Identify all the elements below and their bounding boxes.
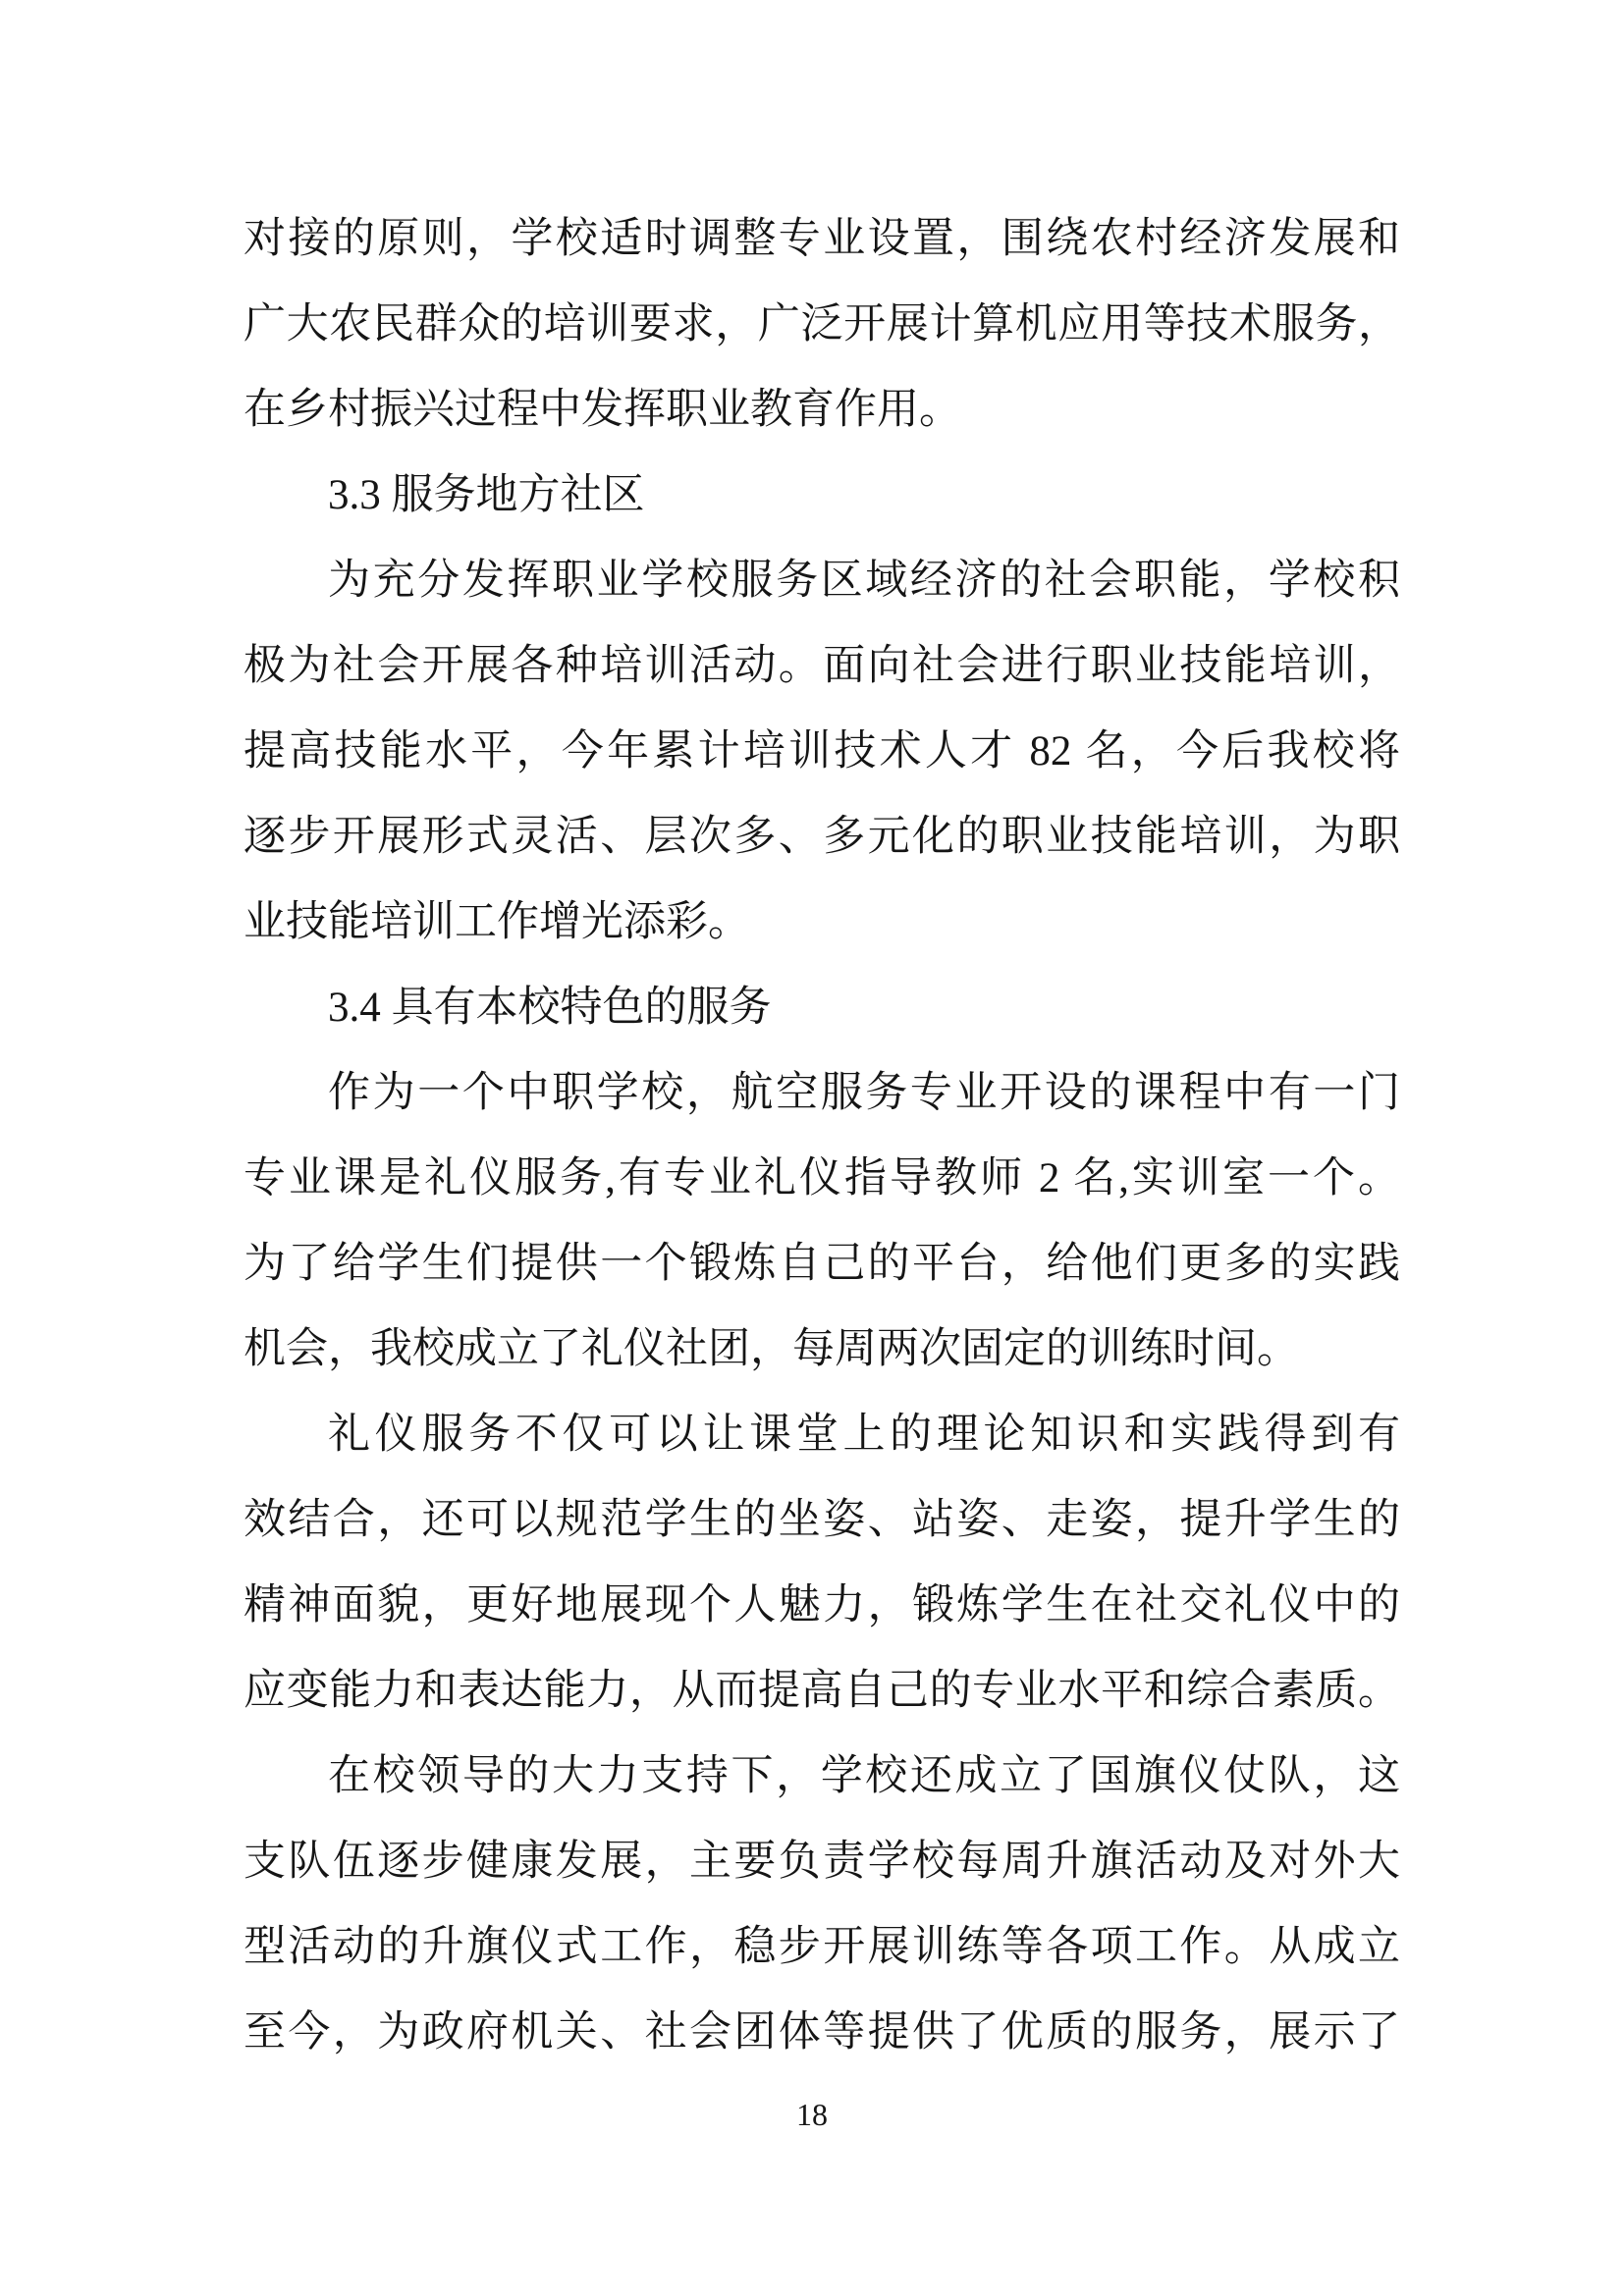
text-line: 业技能培训工作增光添彩。 — [244, 880, 1400, 965]
text-line: 逐步开展形式灵活、层次多、多元化的职业技能培训，为职 — [244, 794, 1400, 880]
text-line: 精神面貌，更好地展现个人魅力，锻炼学生在社交礼仪中的 — [244, 1563, 1400, 1648]
text-line: 应变能力和表达能力，从而提高自己的专业水平和综合素质。 — [244, 1648, 1400, 1734]
text-line: 至今，为政府机关、社会团体等提供了优质的服务，展示了 — [244, 1990, 1400, 2075]
text-line: 支队伍逐步健康发展，主要负责学校每周升旗活动及对外大 — [244, 1819, 1400, 1904]
page-number: 18 — [0, 2099, 1624, 2130]
section-heading: 3.3 服务地方社区 — [244, 453, 1400, 538]
text-line: 礼仪服务不仅可以让课堂上的理论知识和实践得到有 — [244, 1392, 1400, 1477]
text-line: 专业课是礼仪服务,有专业礼仪指导教师 2 名,实训室一个。 — [244, 1136, 1400, 1221]
text-line: 为充分发挥职业学校服务区域经济的社会职能，学校积 — [244, 538, 1400, 623]
section-heading: 3.4 具有本校特色的服务 — [244, 965, 1400, 1050]
text-line: 极为社会开展各种培训活动。面向社会进行职业技能培训， — [244, 623, 1400, 709]
text-line: 型活动的升旗仪式工作，稳步开展训练等各项工作。从成立 — [244, 1904, 1400, 1990]
document-page: 对接的原则，学校适时调整专业设置，围绕农村经济发展和广大农民群众的培训要求，广泛… — [0, 0, 1624, 2296]
text-line: 广大农民群众的培训要求，广泛开展计算机应用等技术服务， — [244, 282, 1400, 367]
text-line: 作为一个中职学校，航空服务专业开设的课程中有一门 — [244, 1050, 1400, 1136]
text-line: 对接的原则，学校适时调整专业设置，围绕农村经济发展和 — [244, 196, 1400, 282]
text-line: 为了给学生们提供一个锻炼自己的平台，给他们更多的实践 — [244, 1221, 1400, 1307]
text-line: 机会，我校成立了礼仪社团，每周两次固定的训练时间。 — [244, 1307, 1400, 1392]
text-line: 在乡村振兴过程中发挥职业教育作用。 — [244, 367, 1400, 453]
document-body: 对接的原则，学校适时调整专业设置，围绕农村经济发展和广大农民群众的培训要求，广泛… — [244, 196, 1400, 2075]
text-line: 在校领导的大力支持下，学校还成立了国旗仪仗队，这 — [244, 1734, 1400, 1819]
text-line: 提高技能水平，今年累计培训技术人才 82 名，今后我校将 — [244, 709, 1400, 794]
text-line: 效结合，还可以规范学生的坐姿、站姿、走姿，提升学生的 — [244, 1477, 1400, 1563]
